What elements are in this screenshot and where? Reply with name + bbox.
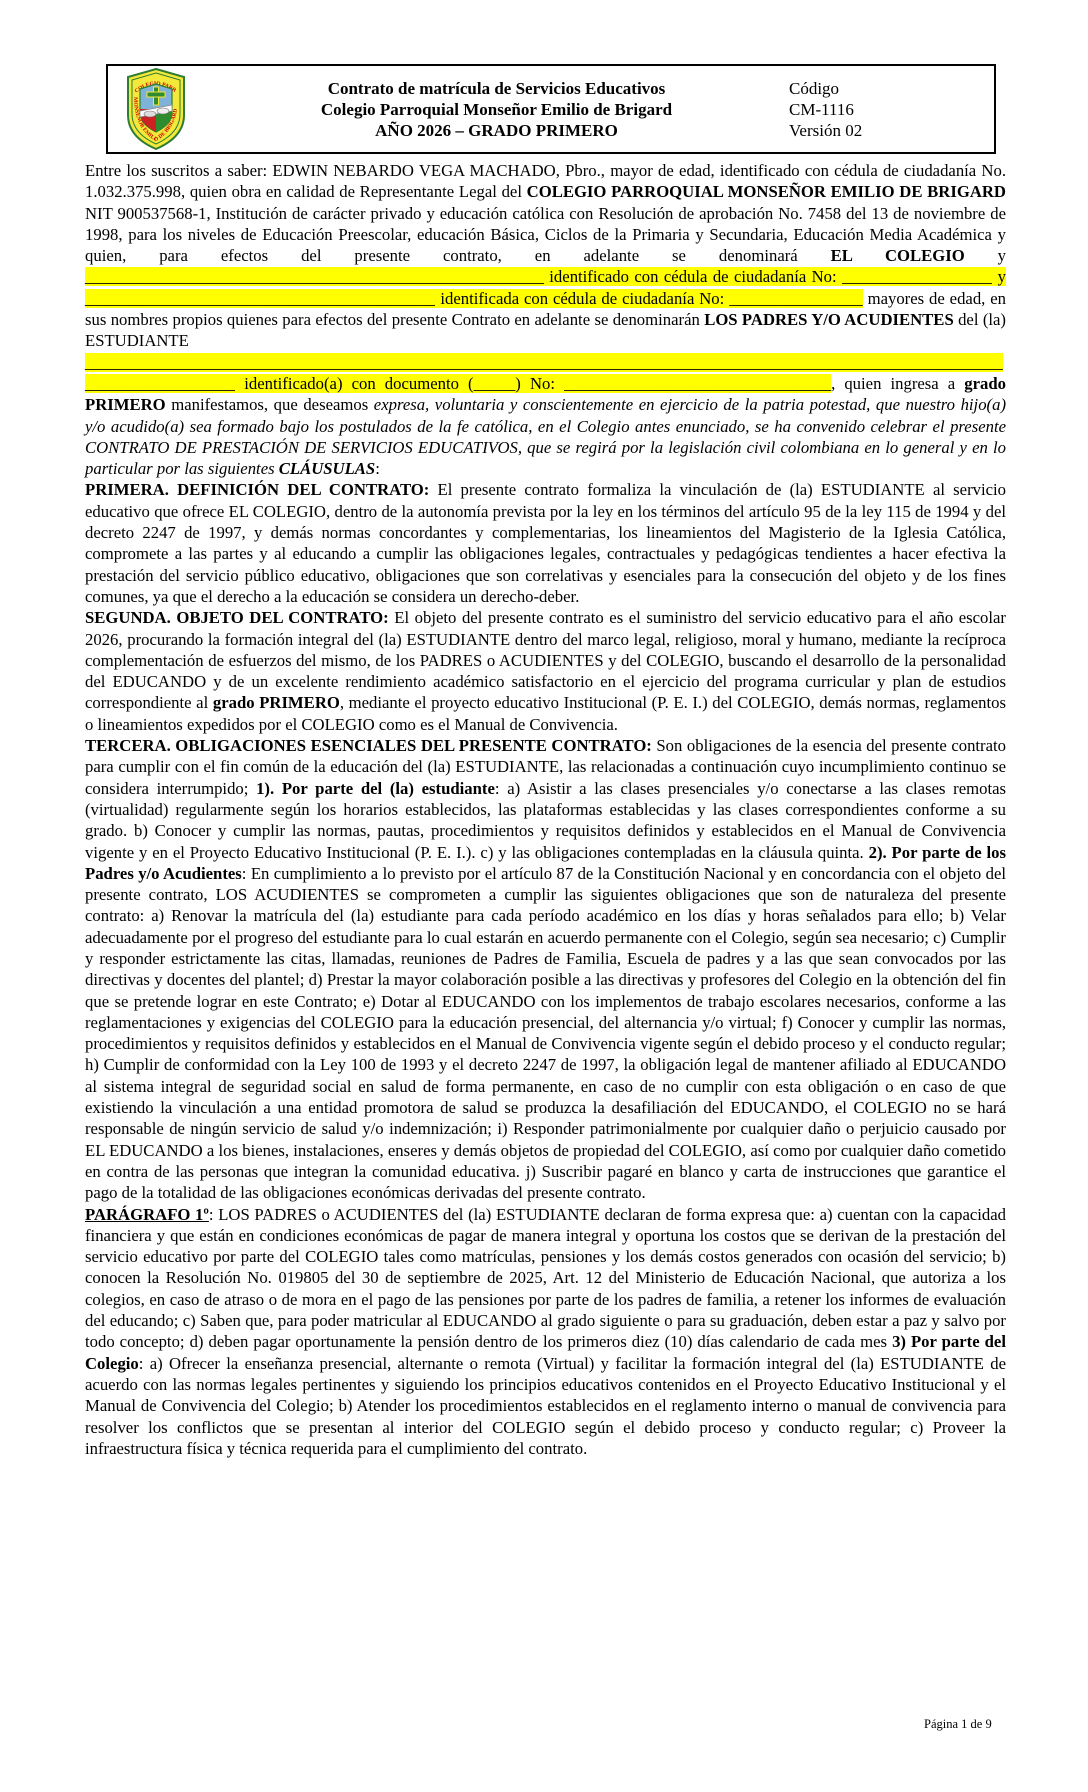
- text-run: , quien ingresa a: [831, 374, 964, 393]
- header-title-line1: Contrato de matrícula de Servicios Educa…: [204, 78, 789, 99]
- page-number: Página 1 de 9: [924, 1717, 992, 1732]
- text-run: TERCERA. OBLIGACIONES ESENCIALES DEL PRE…: [85, 736, 656, 755]
- text-run: PARÁGRAFO 1º: [85, 1205, 209, 1224]
- text-run: : a) Ofrecer la enseñanza presencial, al…: [85, 1354, 1006, 1458]
- fillable-blank: identificado con cédula de ciudadanía No…: [544, 267, 842, 286]
- paragraph: Entre los suscritos a saber: EDWIN NEBAR…: [85, 160, 1006, 479]
- school-crest-icon: COLEGIO PARROQUIAL MONSEÑOR EMILIO DE BR…: [120, 67, 192, 151]
- text-run: : En cumplimiento a lo previsto por el a…: [85, 864, 1006, 1202]
- fillable-blank: ________________________________________…: [85, 267, 544, 286]
- fillable-blank: y: [992, 267, 1006, 286]
- fillable-blank: ________________________________________…: [85, 289, 435, 308]
- code-value: CM-1116: [789, 99, 994, 120]
- text-run: COLEGIO PARROQUIAL MONSEÑOR EMILIO DE BR…: [527, 182, 1006, 201]
- paragraph: PARÁGRAFO 1º: LOS PADRES o ACUDIENTES de…: [85, 1204, 1006, 1460]
- contract-body: Entre los suscritos a saber: EDWIN NEBAR…: [85, 160, 1006, 1459]
- text-run: manifestamos, que deseamos: [166, 395, 374, 414]
- version-label: Versión 02: [789, 120, 994, 141]
- header-title-line3: AÑO 2026 – GRADO PRIMERO: [204, 120, 789, 141]
- document-header: COLEGIO PARROQUIAL MONSEÑOR EMILIO DE BR…: [106, 64, 996, 154]
- header-title-line2: Colegio Parroquial Monseñor Emilio de Br…: [204, 99, 789, 120]
- paragraph: SEGUNDA. OBJETO DEL CONTRATO: El objeto …: [85, 607, 1006, 735]
- fillable-blank: __________________: [842, 267, 992, 286]
- fillable-blank: ________________________________: [564, 374, 831, 393]
- text-run: 1). Por parte del (la) estudiante: [256, 779, 495, 798]
- text-run: SEGUNDA. OBJETO DEL CONTRATO:: [85, 608, 394, 627]
- header-title-block: Contrato de matrícula de Servicios Educa…: [204, 78, 789, 141]
- paragraph: PRIMERA. DEFINICIÓN DEL CONTRATO: El pre…: [85, 479, 1006, 607]
- header-code-block: Código CM-1116 Versión 02: [789, 78, 994, 141]
- text-run: y: [965, 246, 1006, 265]
- fillable-blank: identificado(a) con documento (_____) No…: [235, 374, 564, 393]
- text-run: EL COLEGIO: [831, 246, 965, 265]
- text-run: LOS PADRES Y/O ACUDIENTES: [704, 310, 954, 329]
- text-run: PRIMERA. DEFINICIÓN DEL CONTRATO:: [85, 480, 438, 499]
- paragraph: TERCERA. OBLIGACIONES ESENCIALES DEL PRE…: [85, 735, 1006, 1204]
- fillable-blank: identificada con cédula de ciudadanía No…: [435, 289, 729, 308]
- text-run: : LOS PADRES o ACUDIENTES del (la) ESTUD…: [85, 1205, 1006, 1352]
- school-crest-logo: COLEGIO PARROQUIAL MONSEÑOR EMILIO DE BR…: [108, 67, 204, 151]
- text-run: CLÁUSULAS: [279, 459, 375, 478]
- text-run: grado PRIMERO: [213, 693, 340, 712]
- code-label: Código: [789, 78, 994, 99]
- document-page: COLEGIO PARROQUIAL MONSEÑOR EMILIO DE BR…: [0, 0, 1088, 1792]
- fillable-blank: ________________: [729, 289, 863, 308]
- text-run: :: [375, 459, 380, 478]
